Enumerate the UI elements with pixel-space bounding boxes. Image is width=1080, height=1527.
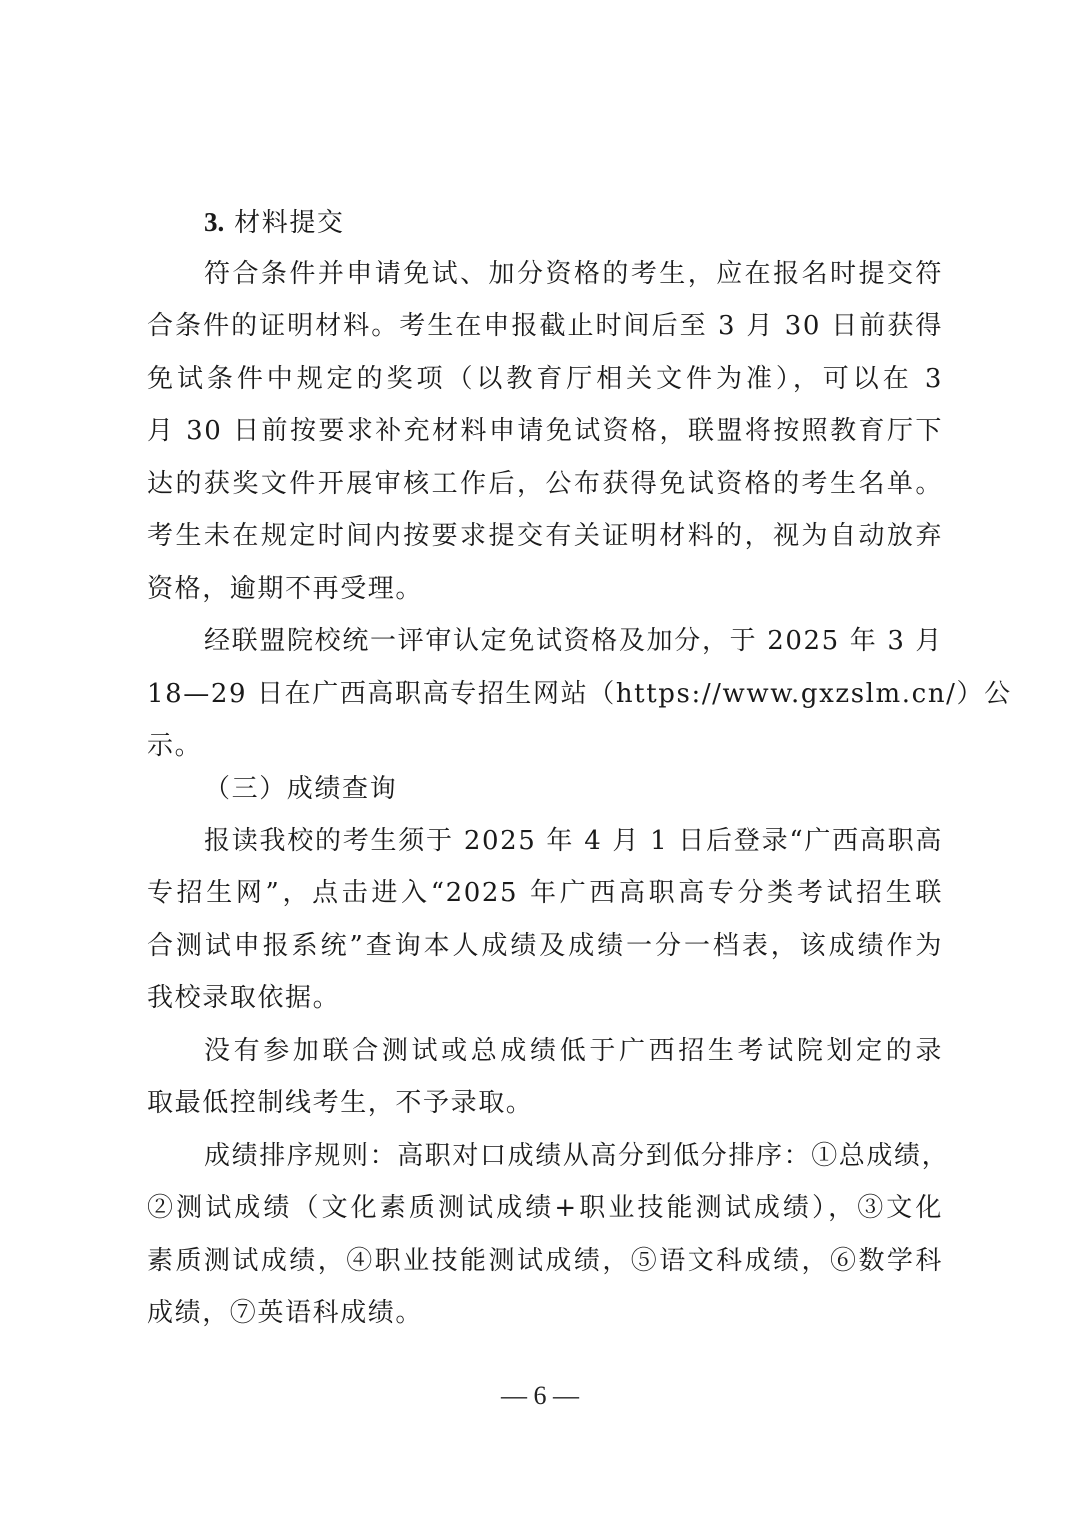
paragraph-line: 资格，逾期不再受理。 xyxy=(147,572,943,606)
paragraph-line: 18—29 日在广西高职高专招生网站（https://www.gxzslm.cn… xyxy=(147,677,943,711)
paragraph-line: 取最低控制线考生，不予录取。 xyxy=(147,1086,943,1120)
paragraph-line: 我校录取依据。 xyxy=(147,981,943,1015)
paragraph-line: 考生未在规定时间内按要求提交有关证明材料的，视为自动放弃 xyxy=(147,519,943,553)
paragraph-line: 免试条件中规定的奖项（以教育厅相关文件为准），可以在 3 xyxy=(147,362,943,396)
page-number: — 6 — xyxy=(0,1380,1080,1412)
section-heading-san: （三）成绩查询 xyxy=(204,772,397,806)
section-heading-3: 3. 材料提交 xyxy=(204,205,345,240)
paragraph-line: 经联盟院校统一评审认定免试资格及加分，于 2025 年 3 月 xyxy=(204,624,943,658)
paragraph-line: ②测试成绩（文化素质测试成绩+职业技能测试成绩），③文化 xyxy=(147,1191,943,1225)
paragraph-line: 成绩，⑦英语科成绩。 xyxy=(147,1296,943,1330)
paragraph-line: 素质测试成绩，④职业技能测试成绩，⑤语文科成绩，⑥数学科 xyxy=(147,1244,943,1278)
paragraph-line: 达的获奖文件开展审核工作后，公布获得免试资格的考生名单。 xyxy=(147,467,943,501)
paragraph-line: 月 30 日前按要求补充材料申请免试资格，联盟将按照教育厅下 xyxy=(147,414,943,448)
document-page: 3. 材料提交 符合条件并申请免试、加分资格的考生，应在报名时提交符 合条件的证… xyxy=(0,0,1080,1527)
paragraph-line: 成绩排序规则：高职对口成绩从高分到低分排序：①总成绩， xyxy=(204,1139,943,1173)
section-title: 材料提交 xyxy=(234,208,344,238)
paragraph-line: 合条件的证明材料。考生在申报截止时间后至 3 月 30 日前获得 xyxy=(147,309,943,343)
paragraph-line: 专招生网”，点击进入“2025 年广西高职高专分类考试招生联 xyxy=(147,876,943,910)
paragraph-line: 合测试申报系统”查询本人成绩及成绩一分一档表，该成绩作为 xyxy=(147,929,943,963)
paragraph-line: 示。 xyxy=(147,729,943,763)
section-title: （三）成绩查询 xyxy=(204,774,397,804)
section-number: 3. xyxy=(204,207,224,237)
paragraph-line: 报读我校的考生须于 2025 年 4 月 1 日后登录“广西高职高 xyxy=(204,824,943,858)
paragraph-line: 没有参加联合测试或总成绩低于广西招生考试院划定的录 xyxy=(204,1034,943,1068)
paragraph-line: 符合条件并申请免试、加分资格的考生，应在报名时提交符 xyxy=(204,257,943,291)
